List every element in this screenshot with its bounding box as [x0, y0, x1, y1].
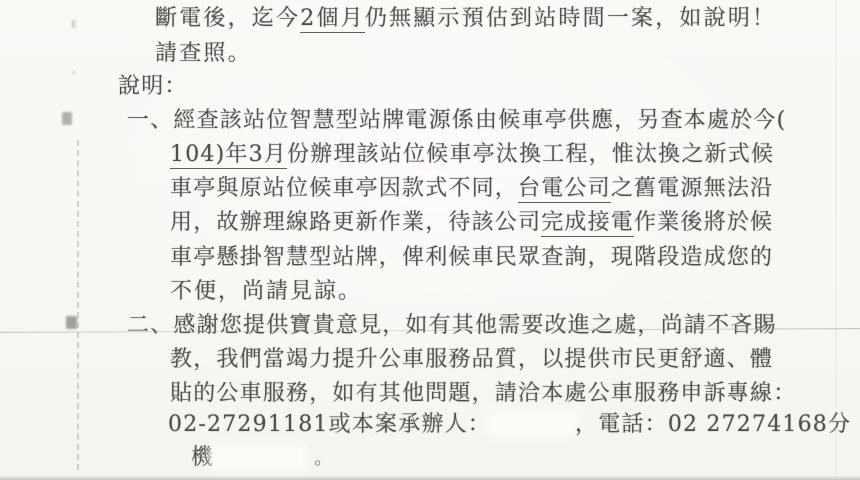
item1-line-2-text: 份辦理該站位候車亭汰換工程，惟汰換之新式候 [287, 142, 774, 167]
item2-line-5: 機。 [191, 445, 333, 472]
item1-line-2: 104)年3月份辦理該站位候車亭汰換工程，惟汰換之新式候 [170, 142, 774, 168]
item1-line-5: 車亭懸掛智慧型站牌，俾利候車民眾查詢，現階段造成您的 [170, 245, 773, 271]
item1-line-1-text: 經查該站位智慧型站牌電源係由候車亭供應，另查本處於今( [173, 108, 786, 133]
scan-edge-streak [835, 0, 837, 480]
item1-line-4-pre: 用，故辦理線路更新作業，待該公司 [170, 210, 541, 235]
closing-period: 。 [314, 448, 333, 469]
item1-line-3: 車亭與原站位候車亭因款式不同，台電公司之舊電源無法沿 [170, 176, 773, 202]
margin-dot-1 [72, 20, 75, 28]
scanned-letter-page: 斷電後，迄今2個月仍無顯示預估到站時間一案，如說明！ 請查照。 說明： 一、經查… [0, 0, 860, 480]
subject-line-2: 請查照。 [155, 41, 252, 67]
item1-line-4: 用，故辦理線路更新作業，待該公司完成接電作業後將於候 [170, 210, 773, 236]
item1-line-6: 不便，尚請見諒。 [170, 279, 362, 305]
redacted-extension-number [214, 448, 302, 466]
item1-line-4-post: 作業後將於候 [634, 210, 773, 235]
item2-line-4: 02-27291181或本案承辦人：，電話：02 27274168分 [168, 412, 851, 438]
margin-dot-2 [73, 70, 75, 75]
item2-line-1: 二、感謝您提供寶貴意見，如有其他需要改進之處，尚請不吝賜 [127, 313, 777, 339]
item2-line-1-text: 感謝您提供寶貴意見，如有其他需要改進之處，尚請不吝賜 [173, 313, 776, 338]
subject-line-1-post: 仍無顯示預估到站時間一案，如說明！ [365, 6, 776, 31]
item2-line-2: 教，我們當竭力提升公車服務品質，以提供市民更舒適、體 [170, 347, 773, 373]
extension-label: 機 [191, 445, 214, 470]
section-label: 說明： [118, 74, 188, 100]
item1-line-3-pre: 車亭與原站位候車亭因款式不同， [170, 176, 518, 201]
redacted-contact-name [491, 415, 575, 433]
hotline-and-contact-text: 02-27291181或本案承辦人： [168, 412, 491, 437]
subject-line-1-pre: 斷電後，迄今 [155, 6, 300, 31]
vertical-fold-line [77, 140, 79, 470]
subject-line-1: 斷電後，迄今2個月仍無顯示預估到站時間一案，如說明！ [155, 6, 776, 32]
item2-marker: 二、 [127, 313, 173, 338]
contact-phone-text: ，電話：02 27274168分 [575, 412, 851, 437]
item1-line-1: 一、經查該站位智慧型站牌電源係由候車亭供應，另查本處於今( [127, 108, 786, 134]
underlined-company: 台電公司 [518, 176, 611, 203]
item1-line-3-post: 之舊電源無法沿 [611, 176, 773, 201]
underlined-duration: 2個月 [300, 6, 365, 33]
item2-line-3: 貼的公車服務，如有其他問題，請洽本處公車服務申訴專線： [170, 381, 796, 407]
underlined-date: 104)年3月 [170, 142, 287, 169]
margin-smudge-1 [62, 112, 72, 125]
page-bottom-edge [0, 476, 860, 480]
underlined-work: 完成接電 [541, 210, 634, 237]
item1-marker: 一、 [127, 108, 173, 133]
margin-smudge-2 [66, 316, 77, 329]
